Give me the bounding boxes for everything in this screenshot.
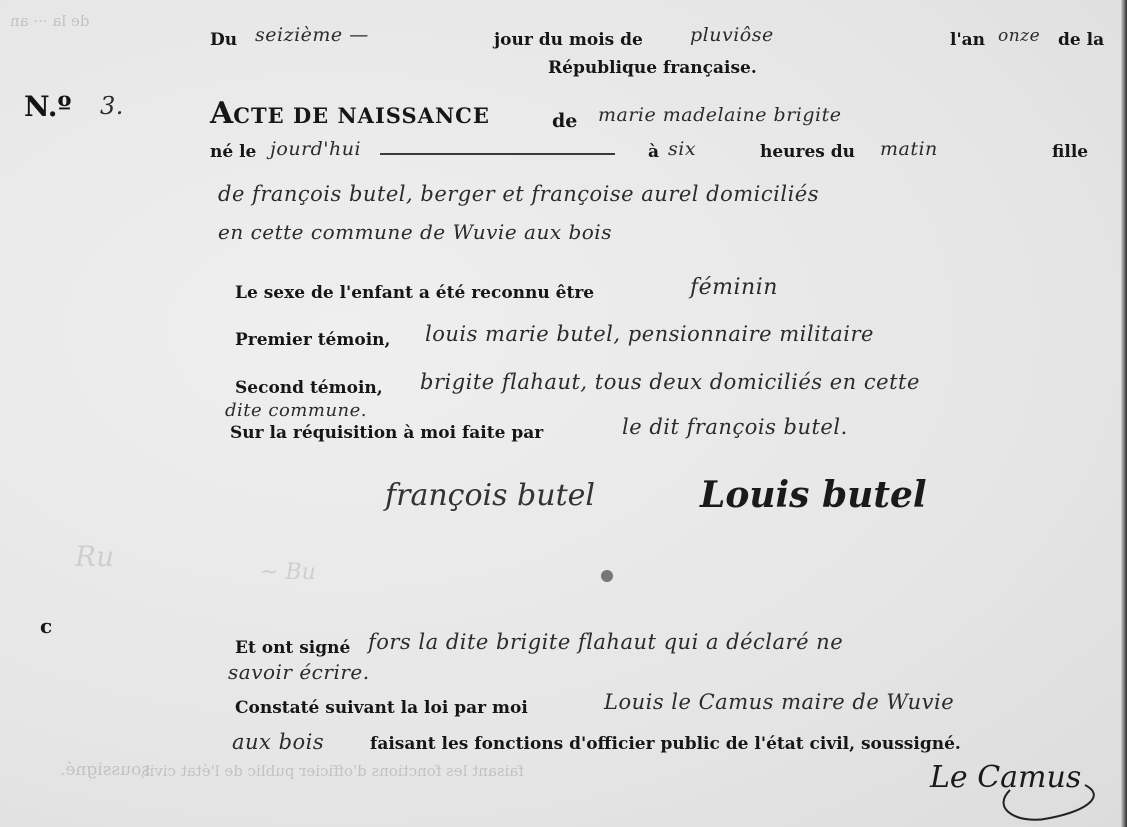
header-month-handwritten: pluviôse bbox=[690, 24, 774, 46]
signed-value-handwritten: fors la dite brigite flahaut qui a décla… bbox=[368, 630, 843, 654]
birth-a: à bbox=[648, 142, 659, 162]
header-lan: l'an bbox=[950, 30, 985, 50]
signature-father: françois butel bbox=[385, 478, 595, 513]
parents-line-2: en cette commune de Wuvie aux bois bbox=[218, 220, 612, 244]
birth-date-handwritten: jourd'hui bbox=[270, 138, 361, 160]
sex-label: Le sexe de l'enfant a été reconnu être bbox=[235, 283, 594, 303]
bleed-through-top: de la ··· an bbox=[10, 12, 89, 30]
requisition-label: Sur la réquisition à moi faite par bbox=[230, 423, 543, 443]
witness-2-continuation-handwritten: dite commune. bbox=[225, 400, 367, 421]
act-title-rest: CTE DE NAISSANCE bbox=[233, 103, 490, 128]
header-du: Du bbox=[210, 30, 237, 50]
header-de-la: de la bbox=[1058, 30, 1104, 50]
certified-continuation-handwritten: aux bois bbox=[232, 730, 324, 754]
certified-closing: faisant les fonctions d'officier public … bbox=[370, 734, 961, 754]
ink-spot bbox=[601, 570, 613, 582]
title-de: de bbox=[552, 110, 577, 132]
sex-value-handwritten: féminin bbox=[690, 275, 778, 300]
header-jour-du-mois: jour du mois de bbox=[494, 30, 643, 50]
bleed-through-bottom: soussigné. bbox=[60, 760, 150, 780]
child-name-handwritten: marie madelaine brigite bbox=[598, 104, 841, 126]
record-number-label: N.º bbox=[24, 90, 72, 123]
birth-date-filler-line bbox=[380, 153, 615, 155]
requisition-value-handwritten: le dit françois butel. bbox=[622, 415, 848, 439]
birth-ne-le: né le bbox=[210, 142, 256, 162]
bleed-through-handwriting-2: ~ Bu bbox=[260, 560, 316, 585]
certified-label: Constaté suivant la loi par moi bbox=[235, 698, 528, 718]
certified-value-handwritten: Louis le Camus maire de Wuvie bbox=[604, 690, 954, 714]
bleed-through-handwriting: Ru bbox=[75, 540, 114, 573]
birth-hour-handwritten: six bbox=[668, 138, 696, 160]
witness-2-value-handwritten: brigite flahaut, tous deux domiciliés en… bbox=[420, 370, 920, 394]
birth-heures-du: heures du bbox=[760, 142, 855, 162]
bleed-through-bottom-line: faisant les fonctions d'officier public … bbox=[140, 762, 524, 780]
signature-officer-flourish bbox=[990, 780, 1110, 825]
act-title-initial: A bbox=[210, 96, 233, 131]
witness-2-label: Second témoin, bbox=[235, 378, 383, 398]
document-page: de la ··· an soussigné. faisant les fonc… bbox=[0, 0, 1127, 827]
act-title: ACTE DE NAISSANCE bbox=[210, 96, 490, 131]
signed-continuation-handwritten: savoir écrire. bbox=[228, 660, 370, 684]
header-republique: République française. bbox=[548, 58, 757, 78]
header-year-handwritten: onze bbox=[998, 26, 1040, 46]
witness-1-value-handwritten: louis marie butel, pensionnaire militair… bbox=[425, 322, 874, 346]
witness-1-label: Premier témoin, bbox=[235, 330, 390, 350]
birth-fille: fille bbox=[1052, 142, 1088, 162]
signature-witness: Louis butel bbox=[700, 474, 927, 516]
birth-period-handwritten: matin bbox=[880, 138, 938, 160]
header-day-handwritten: seizième — bbox=[255, 24, 369, 46]
page-edge bbox=[1121, 0, 1127, 827]
record-number: 3. bbox=[100, 92, 124, 120]
parents-line-1: de françois butel, berger et françoise a… bbox=[218, 182, 819, 206]
margin-mark: c bbox=[40, 614, 52, 638]
signed-label: Et ont signé bbox=[235, 638, 350, 658]
